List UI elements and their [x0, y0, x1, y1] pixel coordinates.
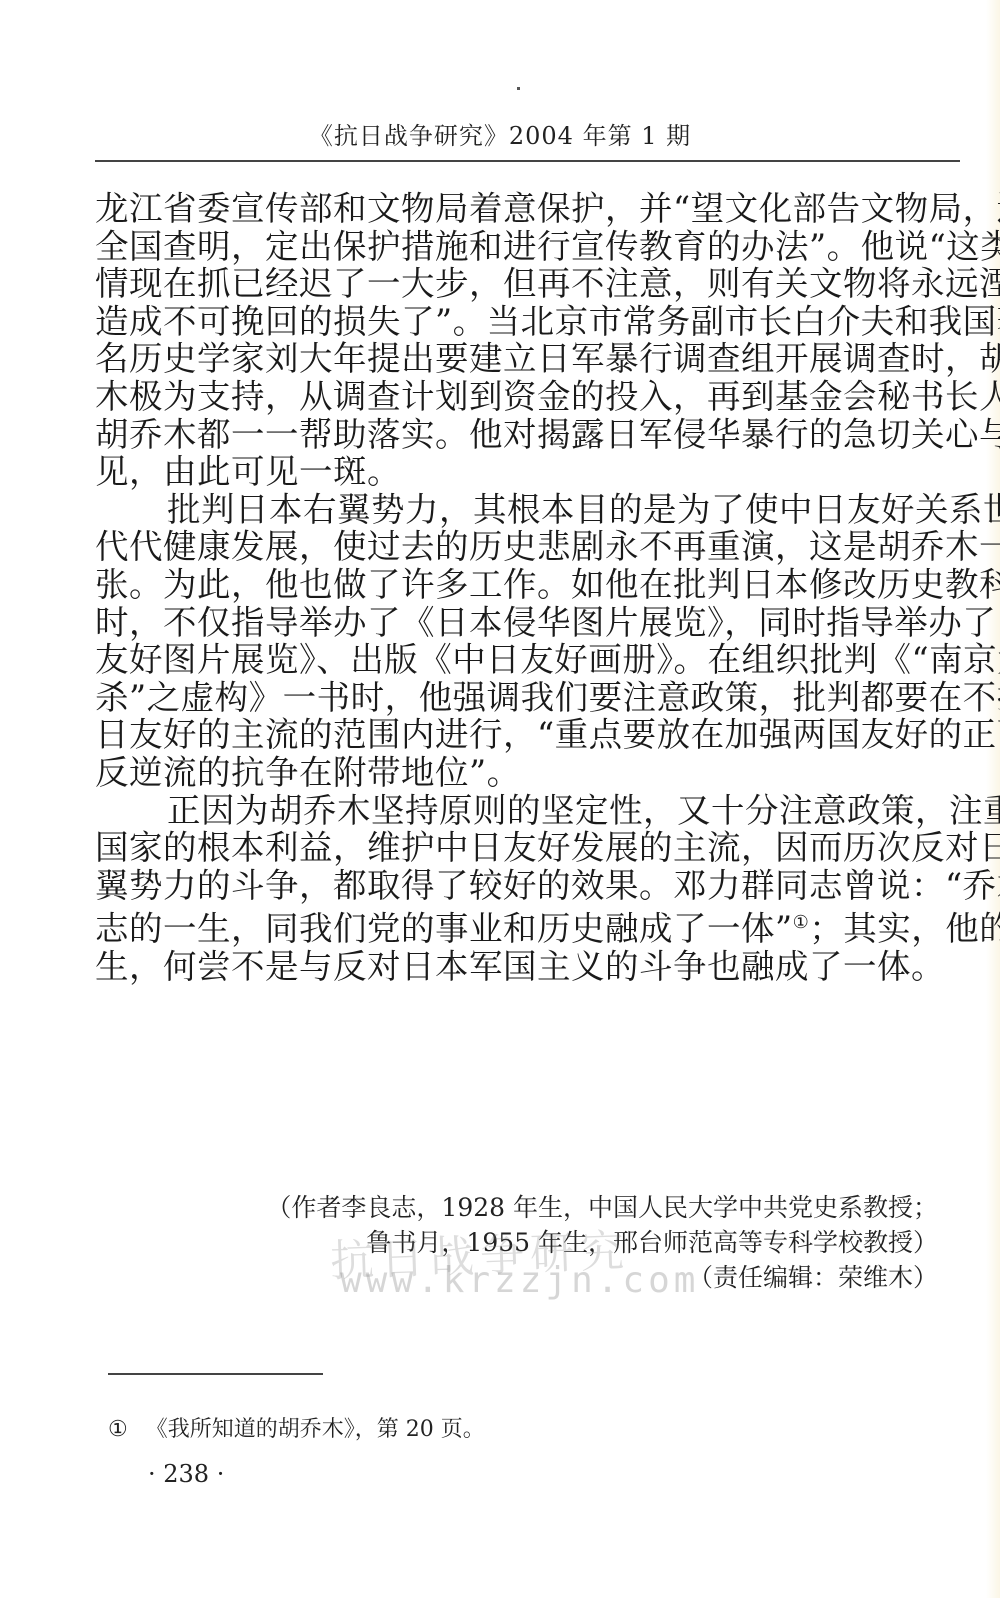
byline-author-2: 鲁书月，1955 年生，邢台师范高等专科学校教授） — [266, 1225, 938, 1260]
footnote: ①《我所知道的胡乔木》，第 20 页。 — [108, 1412, 485, 1443]
body-text: 龙江省委宣传部和文物局着意保护，并“望文化部告文物局，通令 全国查明，定出保护措… — [95, 190, 965, 985]
header-rule — [95, 160, 960, 162]
footnote-mark: ① — [108, 1417, 128, 1442]
footnote-reference[interactable]: ① — [793, 912, 810, 933]
scan-dot — [517, 87, 520, 90]
text-line: 翼势力的斗争，都取得了较好的效果。邓力群同志曾说：“乔木同 — [95, 867, 965, 905]
text-line-with-footnote: 志的一生，同我们党的事业和历史融成了一体”①；其实，他的一 — [95, 904, 965, 948]
text-line: 批判日本右翼势力，其根本目的是为了使中日友好关系世世 — [95, 491, 965, 529]
byline-editor: （责任编辑：荣维木） — [266, 1260, 938, 1295]
text-line: 生，何尝不是与反对日本军国主义的斗争也融成了一体。 — [95, 948, 965, 986]
running-header: 《抗日战争研究》2004 年第 1 期 — [0, 116, 1000, 151]
text-line: 胡乔木都一一帮助落实。他对揭露日军侵华暴行的急切关心与远 — [95, 416, 965, 454]
footnote-text: 《我所知道的胡乔木》，第 20 页。 — [146, 1417, 485, 1442]
text-line: 代代健康发展，使过去的历史悲剧永不再重演，这是胡乔木一贯主 — [95, 528, 965, 566]
text-line: 杀”之虚构》一书时，他强调我们要注意政策，批判都要在不损害中 — [95, 679, 965, 717]
byline-author-1: （作者李良志，1928 年生，中国人民大学中共党史系教授； — [266, 1190, 938, 1225]
text-line: 全国查明，定出保护措施和进行宣传教育的办法”。他说“这类事 — [95, 228, 965, 266]
text-line: 名历史学家刘大年提出要建立日军暴行调查组开展调查时，胡乔 — [95, 340, 965, 378]
text-line: 木极为支持，从调查计划到资金的投入，再到基金会秘书长人选， — [95, 378, 965, 416]
text-line: 国家的根本利益，维护中日友好发展的主流，因而历次反对日本右 — [95, 829, 965, 867]
text-line: 情现在抓已经迟了一大步，但再不注意，则有关文物将永远湮没， — [95, 265, 965, 303]
paragraph-2: 批判日本右翼势力，其根本目的是为了使中日友好关系世世 代代健康发展，使过去的历史… — [95, 491, 965, 792]
paragraph-1: 龙江省委宣传部和文物局着意保护，并“望文化部告文物局，通令 全国查明，定出保护措… — [95, 190, 965, 491]
text-line: 正因为胡乔木坚持原则的坚定性，又十分注意政策，注重党和 — [95, 792, 965, 830]
text-line: 造成不可挽回的损失了”。当北京市常务副市长白介夫和我国著 — [95, 303, 965, 341]
text-line: 反逆流的抗争在附带地位”。 — [95, 754, 965, 792]
text-line: 友好图片展览》、出版《中日友好画册》。在组织批判《“南京大屠 — [95, 641, 965, 679]
text-segment: ；其实，他的一 — [809, 909, 1000, 948]
author-byline: （作者李良志，1928 年生，中国人民大学中共党史系教授； 鲁书月，1955 年… — [266, 1190, 938, 1295]
text-line: 龙江省委宣传部和文物局着意保护，并“望文化部告文物局，通令 — [95, 190, 965, 228]
paragraph-3: 正因为胡乔木坚持原则的坚定性，又十分注意政策，注重党和 国家的根本利益，维护中日… — [95, 792, 965, 986]
footnote-rule — [108, 1373, 323, 1375]
page-number: · 238 · — [148, 1460, 224, 1488]
text-line: 见，由此可见一斑。 — [95, 453, 965, 491]
text-line: 时，不仅指导举办了《日本侵华图片展览》，同时指导举办了《中日 — [95, 604, 965, 642]
text-line: 日友好的主流的范围内进行，“重点要放在加强两国友好的正面， — [95, 716, 965, 754]
text-segment: 志的一生，同我们党的事业和历史融成了一体” — [95, 909, 793, 948]
text-line: 张。为此，他也做了许多工作。如他在批判日本修改历史教科书 — [95, 566, 965, 604]
